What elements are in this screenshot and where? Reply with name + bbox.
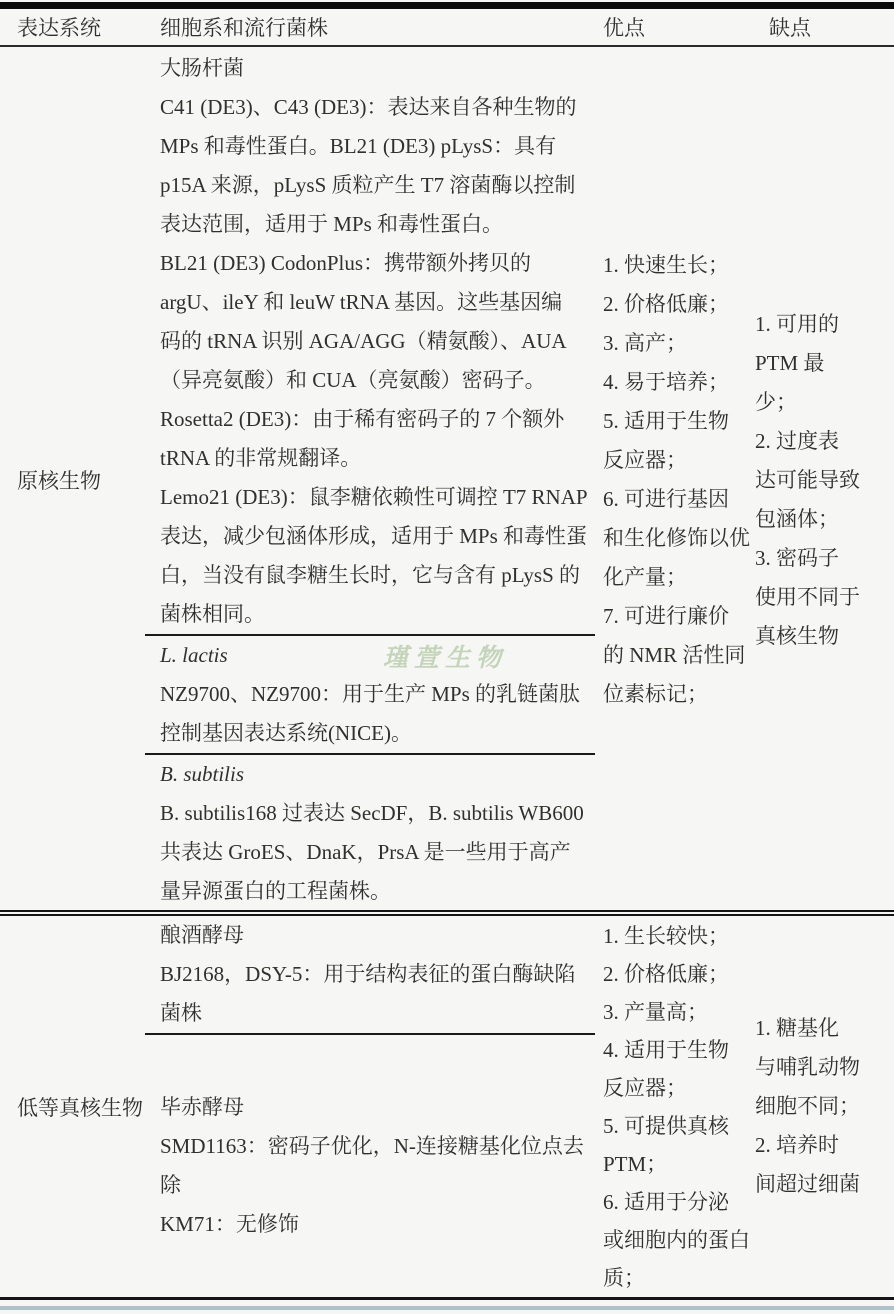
strain-line: 共表达 GroES、DnaK，PrsA 是一些用于高产 xyxy=(160,833,595,872)
strain-line: 表达，减少包涵体形成，适用于 MPs 和毒性蛋 xyxy=(160,517,595,556)
strain-group-ppastoris-wrap: 毕赤酵母 SMD1163：密码子优化，N-连接糖基化位点去 除 KM71：无修饰 xyxy=(145,1035,595,1297)
advantage-line: 5. 可提供真核 xyxy=(603,1107,745,1145)
disadvantage-line: 使用不同于 xyxy=(755,578,894,617)
strain-line: （异亮氨酸）和 CUA（亮氨酸）密码子。 xyxy=(160,361,595,400)
strain-line: 控制基因表达系统(NICE)。 xyxy=(160,714,595,753)
disadvantage-line: 细胞不同； xyxy=(755,1087,894,1126)
table-bottom-border xyxy=(0,1297,894,1300)
strain-line: 表达范围，适用于 MPs 和毒性蛋白。 xyxy=(160,205,595,244)
advantages-cell-lower-eukaryote: 1. 生长较快； 2. 价格低廉； 3. 产量高； 4. 适用于生物 反应器； … xyxy=(595,916,745,1297)
strain-line: 大肠杆菌 xyxy=(160,49,595,88)
strain-line: tRNA 的非常规翻译。 xyxy=(160,439,595,478)
advantage-line: 5. 适用于生物 xyxy=(603,402,745,441)
header-expression-system: 表达系统 xyxy=(0,12,145,42)
disadvantage-line: 1. 可用的 xyxy=(755,305,894,344)
strain-group-scerevisiae: 酿酒酵母 BJ2168，DSY-5：用于结构表征的蛋白酶缺陷 菌株 xyxy=(145,916,595,1035)
strain-line: argU、ileY 和 leuW tRNA 基因。这些基因编 xyxy=(160,283,595,322)
advantage-line: 4. 适用于生物 xyxy=(603,1031,745,1069)
disadvantage-line: 与哺乳动物 xyxy=(755,1048,894,1087)
advantage-line: 1. 生长较快； xyxy=(603,917,745,955)
advantage-line: 反应器； xyxy=(603,1069,745,1107)
advantage-line: 质； xyxy=(603,1259,745,1297)
disadvantages-cell-prokaryote: 1. 可用的 PTM 最 少； 2. 过度表 达可能导致 包涵体； 3. 密码子… xyxy=(745,49,894,911)
table-row-prokaryote: 原核生物 大肠杆菌 C41 (DE3)、C43 (DE3)：表达来自各种生物的 … xyxy=(0,49,894,910)
advantage-line: 位素标记； xyxy=(603,675,745,714)
strain-line: C41 (DE3)、C43 (DE3)：表达来自各种生物的 xyxy=(160,88,595,127)
system-label-prokaryote: 原核生物 xyxy=(17,465,101,495)
strain-group-ecoli: 大肠杆菌 C41 (DE3)、C43 (DE3)：表达来自各种生物的 MPs 和… xyxy=(145,49,595,636)
advantage-line: PTM； xyxy=(603,1145,745,1183)
disadvantage-line: 间超过细菌 xyxy=(755,1165,894,1204)
disadvantage-line: 1. 糖基化 xyxy=(755,1009,894,1048)
table-top-border xyxy=(0,2,894,9)
advantage-line: 的 NMR 活性同 xyxy=(603,636,745,675)
advantage-line: 1. 快速生长； xyxy=(603,246,745,285)
strain-line: 码的 tRNA 识别 AGA/AGG（精氨酸）、AUA xyxy=(160,322,595,361)
disadvantage-line: 2. 培养时 xyxy=(755,1126,894,1165)
strain-group-bsubtilis: B. subtilis B. subtilis168 过表达 SecDF，B. … xyxy=(145,755,595,911)
table-row-lower-eukaryote: 低等真核生物 酿酒酵母 BJ2168，DSY-5：用于结构表征的蛋白酶缺陷 菌株… xyxy=(0,916,894,1297)
disadvantage-line: 真核生物 xyxy=(755,617,894,656)
advantage-line: 或细胞内的蛋白 xyxy=(603,1221,745,1259)
disadvantage-line: 达可能导致 xyxy=(755,461,894,500)
disadvantage-line: 3. 密码子 xyxy=(755,539,894,578)
disadvantage-line: 包涵体； xyxy=(755,500,894,539)
advantage-line: 2. 价格低廉； xyxy=(603,955,745,993)
strain-line: p15A 来源，pLysS 质粒产生 T7 溶菌酶以控制 xyxy=(160,166,595,205)
advantage-line: 化产量； xyxy=(603,558,745,597)
watermark-text: 瑾萱生物 xyxy=(383,638,507,674)
strain-line: 菌株相同。 xyxy=(160,595,595,634)
advantages-cell-prokaryote: 1. 快速生长； 2. 价格低廉； 3. 高产； 4. 易于培养； 5. 适用于… xyxy=(595,49,745,911)
advantage-line: 3. 高产； xyxy=(603,324,745,363)
advantage-line: 3. 产量高； xyxy=(603,993,745,1031)
advantage-line: 反应器； xyxy=(603,441,745,480)
strain-line: MPs 和毒性蛋白。BL21 (DE3) pLysS：具有 xyxy=(160,127,595,166)
disadvantages-cell-lower-eukaryote: 1. 糖基化 与哺乳动物 细胞不同； 2. 培养时 间超过细菌 xyxy=(745,916,894,1297)
strain-line: BL21 (DE3) CodonPlus：携带额外拷贝的 xyxy=(160,244,595,283)
strains-cell-prokaryote: 大肠杆菌 C41 (DE3)、C43 (DE3)：表达来自各种生物的 MPs 和… xyxy=(145,49,595,911)
disadvantage-line: 2. 过度表 xyxy=(755,422,894,461)
strains-cell-lower-eukaryote: 酿酒酵母 BJ2168，DSY-5：用于结构表征的蛋白酶缺陷 菌株 毕赤酵母 S… xyxy=(145,916,595,1297)
strain-line: 菌株 xyxy=(160,994,595,1033)
strain-line: 毕赤酵母 xyxy=(160,1088,595,1127)
header-advantages: 优点 xyxy=(595,12,745,42)
disadvantage-line: PTM 最 xyxy=(755,344,894,383)
advantage-line: 2. 价格低廉； xyxy=(603,285,745,324)
table-header-row: 表达系统 细胞系和流行菌株 优点 缺点 xyxy=(0,9,894,47)
advantage-line: 6. 适用于分泌 xyxy=(603,1183,745,1221)
advantage-line: 7. 可进行廉价 xyxy=(603,597,745,636)
page-bottom-bar xyxy=(0,1306,894,1310)
strain-line: Lemo21 (DE3)：鼠李糖依赖性可调控 T7 RNAP xyxy=(160,478,595,517)
header-disadvantages: 缺点 xyxy=(745,12,894,42)
strain-line: B. subtilis168 过表达 SecDF，B. subtilis WB6… xyxy=(160,794,595,833)
advantage-line: 6. 可进行基因 xyxy=(603,480,745,519)
strain-line: 白，当没有鼠李糖生长时，它与含有 pLysS 的 xyxy=(160,556,595,595)
strain-line: 除 xyxy=(160,1166,595,1205)
document-page: 表达系统 细胞系和流行菌株 优点 缺点 原核生物 大肠杆菌 C41 (DE3)、… xyxy=(0,0,894,1314)
strain-line: NZ9700、NZ9700：用于生产 MPs 的乳链菌肽 xyxy=(160,675,595,714)
strain-line: SMD1163：密码子优化，N-连接糖基化位点去 xyxy=(160,1127,595,1166)
system-cell-lower-eukaryote: 低等真核生物 xyxy=(0,916,145,1297)
strain-line: 酿酒酵母 xyxy=(160,916,595,955)
system-cell-prokaryote: 原核生物 xyxy=(0,49,145,911)
system-label-lower-eukaryote: 低等真核生物 xyxy=(17,1092,143,1122)
strain-species-name: L. lactis xyxy=(160,636,595,675)
disadvantage-line: 少； xyxy=(755,383,894,422)
header-cell-lines-strains: 细胞系和流行菌株 xyxy=(145,12,595,42)
strain-group-llactis: L. lactis NZ9700、NZ9700：用于生产 MPs 的乳链菌肽 控… xyxy=(145,636,595,755)
advantage-line: 4. 易于培养； xyxy=(603,363,745,402)
strain-line: Rosetta2 (DE3)：由于稀有密码子的 7 个额外 xyxy=(160,400,595,439)
strain-line: KM71：无修饰 xyxy=(160,1205,595,1244)
strain-group-ppastoris: 毕赤酵母 SMD1163：密码子优化，N-连接糖基化位点去 除 KM71：无修饰 xyxy=(145,1088,595,1244)
strain-species-name: B. subtilis xyxy=(160,755,595,794)
strain-line: BJ2168，DSY-5：用于结构表征的蛋白酶缺陷 xyxy=(160,955,595,994)
strain-line: 量异源蛋白的工程菌株。 xyxy=(160,872,595,911)
advantage-line: 和生化修饰以优 xyxy=(603,519,745,558)
